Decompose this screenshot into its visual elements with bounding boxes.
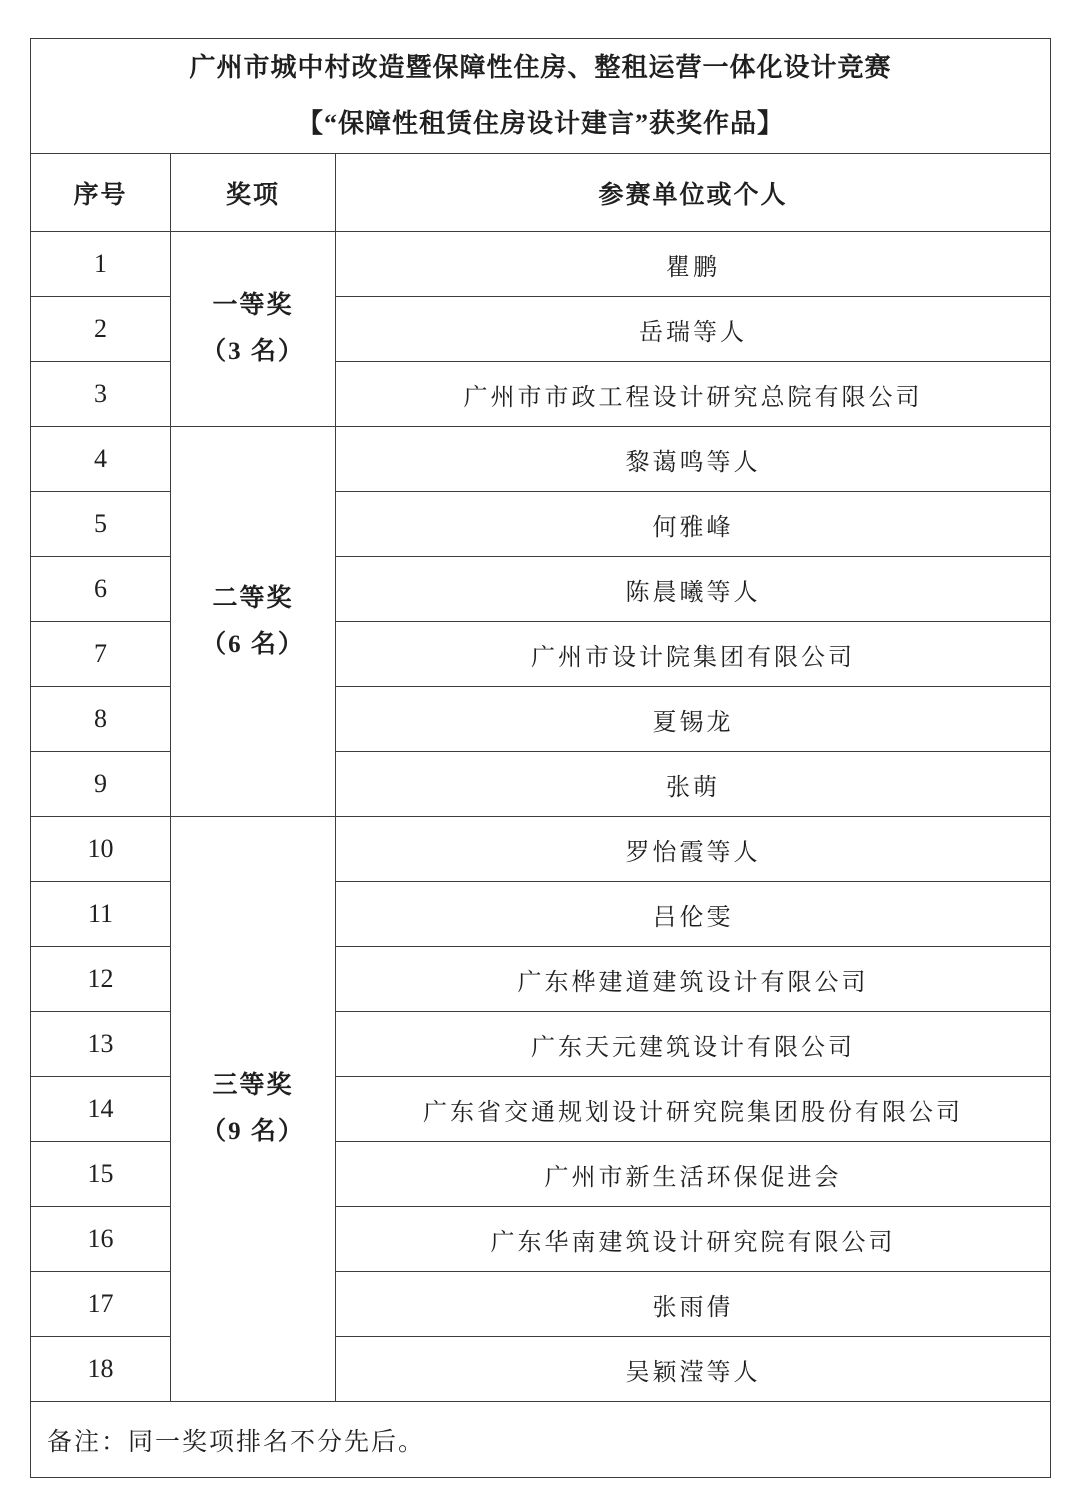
row-number-cell: 18 [31, 1337, 171, 1402]
participant-cell: 黎蔼鸣等人 [336, 427, 1051, 492]
participant-cell: 吕伦雯 [336, 882, 1051, 947]
participant-cell: 广东华南建筑设计研究院有限公司 [336, 1207, 1051, 1272]
participant-cell: 瞿鹏 [336, 232, 1051, 297]
participant-cell: 夏锡龙 [336, 687, 1051, 752]
row-number-cell: 13 [31, 1012, 171, 1077]
row-number-cell: 10 [31, 817, 171, 882]
participant-cell: 陈晨曦等人 [336, 557, 1051, 622]
row-number-cell: 11 [31, 882, 171, 947]
table-header-row: 序号 奖项 参赛单位或个人 [31, 154, 1051, 232]
award-cell-first-prize: 一等奖 （3 名） [171, 232, 336, 427]
participant-cell: 吴颖滢等人 [336, 1337, 1051, 1402]
row-number-cell: 8 [31, 687, 171, 752]
row-number-cell: 12 [31, 947, 171, 1012]
table-row: 4 二等奖 （6 名） 黎蔼鸣等人 [31, 427, 1051, 492]
table-row: 1 一等奖 （3 名） 瞿鹏 [31, 232, 1051, 297]
participant-cell: 广东省交通规划设计研究院集团股份有限公司 [336, 1077, 1051, 1142]
participant-cell: 广州市设计院集团有限公司 [336, 622, 1051, 687]
document-page: 广州市城中村改造暨保障性住房、整租运营一体化设计竞赛 【“保障性租赁住房设计建言… [0, 0, 1080, 1503]
participant-cell: 广东天元建筑设计有限公司 [336, 1012, 1051, 1077]
participant-cell: 岳瑞等人 [336, 297, 1051, 362]
award-name: 三等奖 [171, 1063, 335, 1109]
award-name: 二等奖 [171, 576, 335, 622]
document-title: 广州市城中村改造暨保障性住房、整租运营一体化设计竞赛 【“保障性租赁住房设计建言… [31, 39, 1051, 154]
row-number-cell: 3 [31, 362, 171, 427]
row-number-cell: 14 [31, 1077, 171, 1142]
award-name: 一等奖 [171, 283, 335, 329]
row-number-cell: 6 [31, 557, 171, 622]
row-number-cell: 2 [31, 297, 171, 362]
header-participant: 参赛单位或个人 [336, 154, 1051, 232]
award-count: （6 名） [171, 622, 335, 668]
award-count: （9 名） [171, 1109, 335, 1155]
award-cell-second-prize: 二等奖 （6 名） [171, 427, 336, 817]
row-number-cell: 4 [31, 427, 171, 492]
table-row: 10 三等奖 （9 名） 罗怡霞等人 [31, 817, 1051, 882]
header-no: 序号 [31, 154, 171, 232]
title-line-2: 【“保障性租赁住房设计建言”获奖作品】 [31, 96, 1050, 152]
row-number-cell: 9 [31, 752, 171, 817]
participant-cell: 广州市新生活环保促进会 [336, 1142, 1051, 1207]
award-count: （3 名） [171, 329, 335, 375]
award-cell-third-prize: 三等奖 （9 名） [171, 817, 336, 1402]
row-number-cell: 7 [31, 622, 171, 687]
participant-cell: 张雨倩 [336, 1272, 1051, 1337]
note-text: 备注：同一奖项排名不分先后。 [31, 1402, 1051, 1478]
participant-cell: 广东桦建道建筑设计有限公司 [336, 947, 1051, 1012]
row-number-cell: 16 [31, 1207, 171, 1272]
row-number-cell: 1 [31, 232, 171, 297]
note-row: 备注：同一奖项排名不分先后。 [31, 1402, 1051, 1478]
row-number-cell: 17 [31, 1272, 171, 1337]
participant-cell: 罗怡霞等人 [336, 817, 1051, 882]
award-table: 广州市城中村改造暨保障性住房、整租运营一体化设计竞赛 【“保障性租赁住房设计建言… [30, 38, 1051, 1478]
title-line-1: 广州市城中村改造暨保障性住房、整租运营一体化设计竞赛 [31, 40, 1050, 96]
header-award: 奖项 [171, 154, 336, 232]
row-number-cell: 15 [31, 1142, 171, 1207]
row-number-cell: 5 [31, 492, 171, 557]
participant-cell: 何雅峰 [336, 492, 1051, 557]
title-row: 广州市城中村改造暨保障性住房、整租运营一体化设计竞赛 【“保障性租赁住房设计建言… [31, 39, 1051, 154]
participant-cell: 张萌 [336, 752, 1051, 817]
participant-cell: 广州市市政工程设计研究总院有限公司 [336, 362, 1051, 427]
